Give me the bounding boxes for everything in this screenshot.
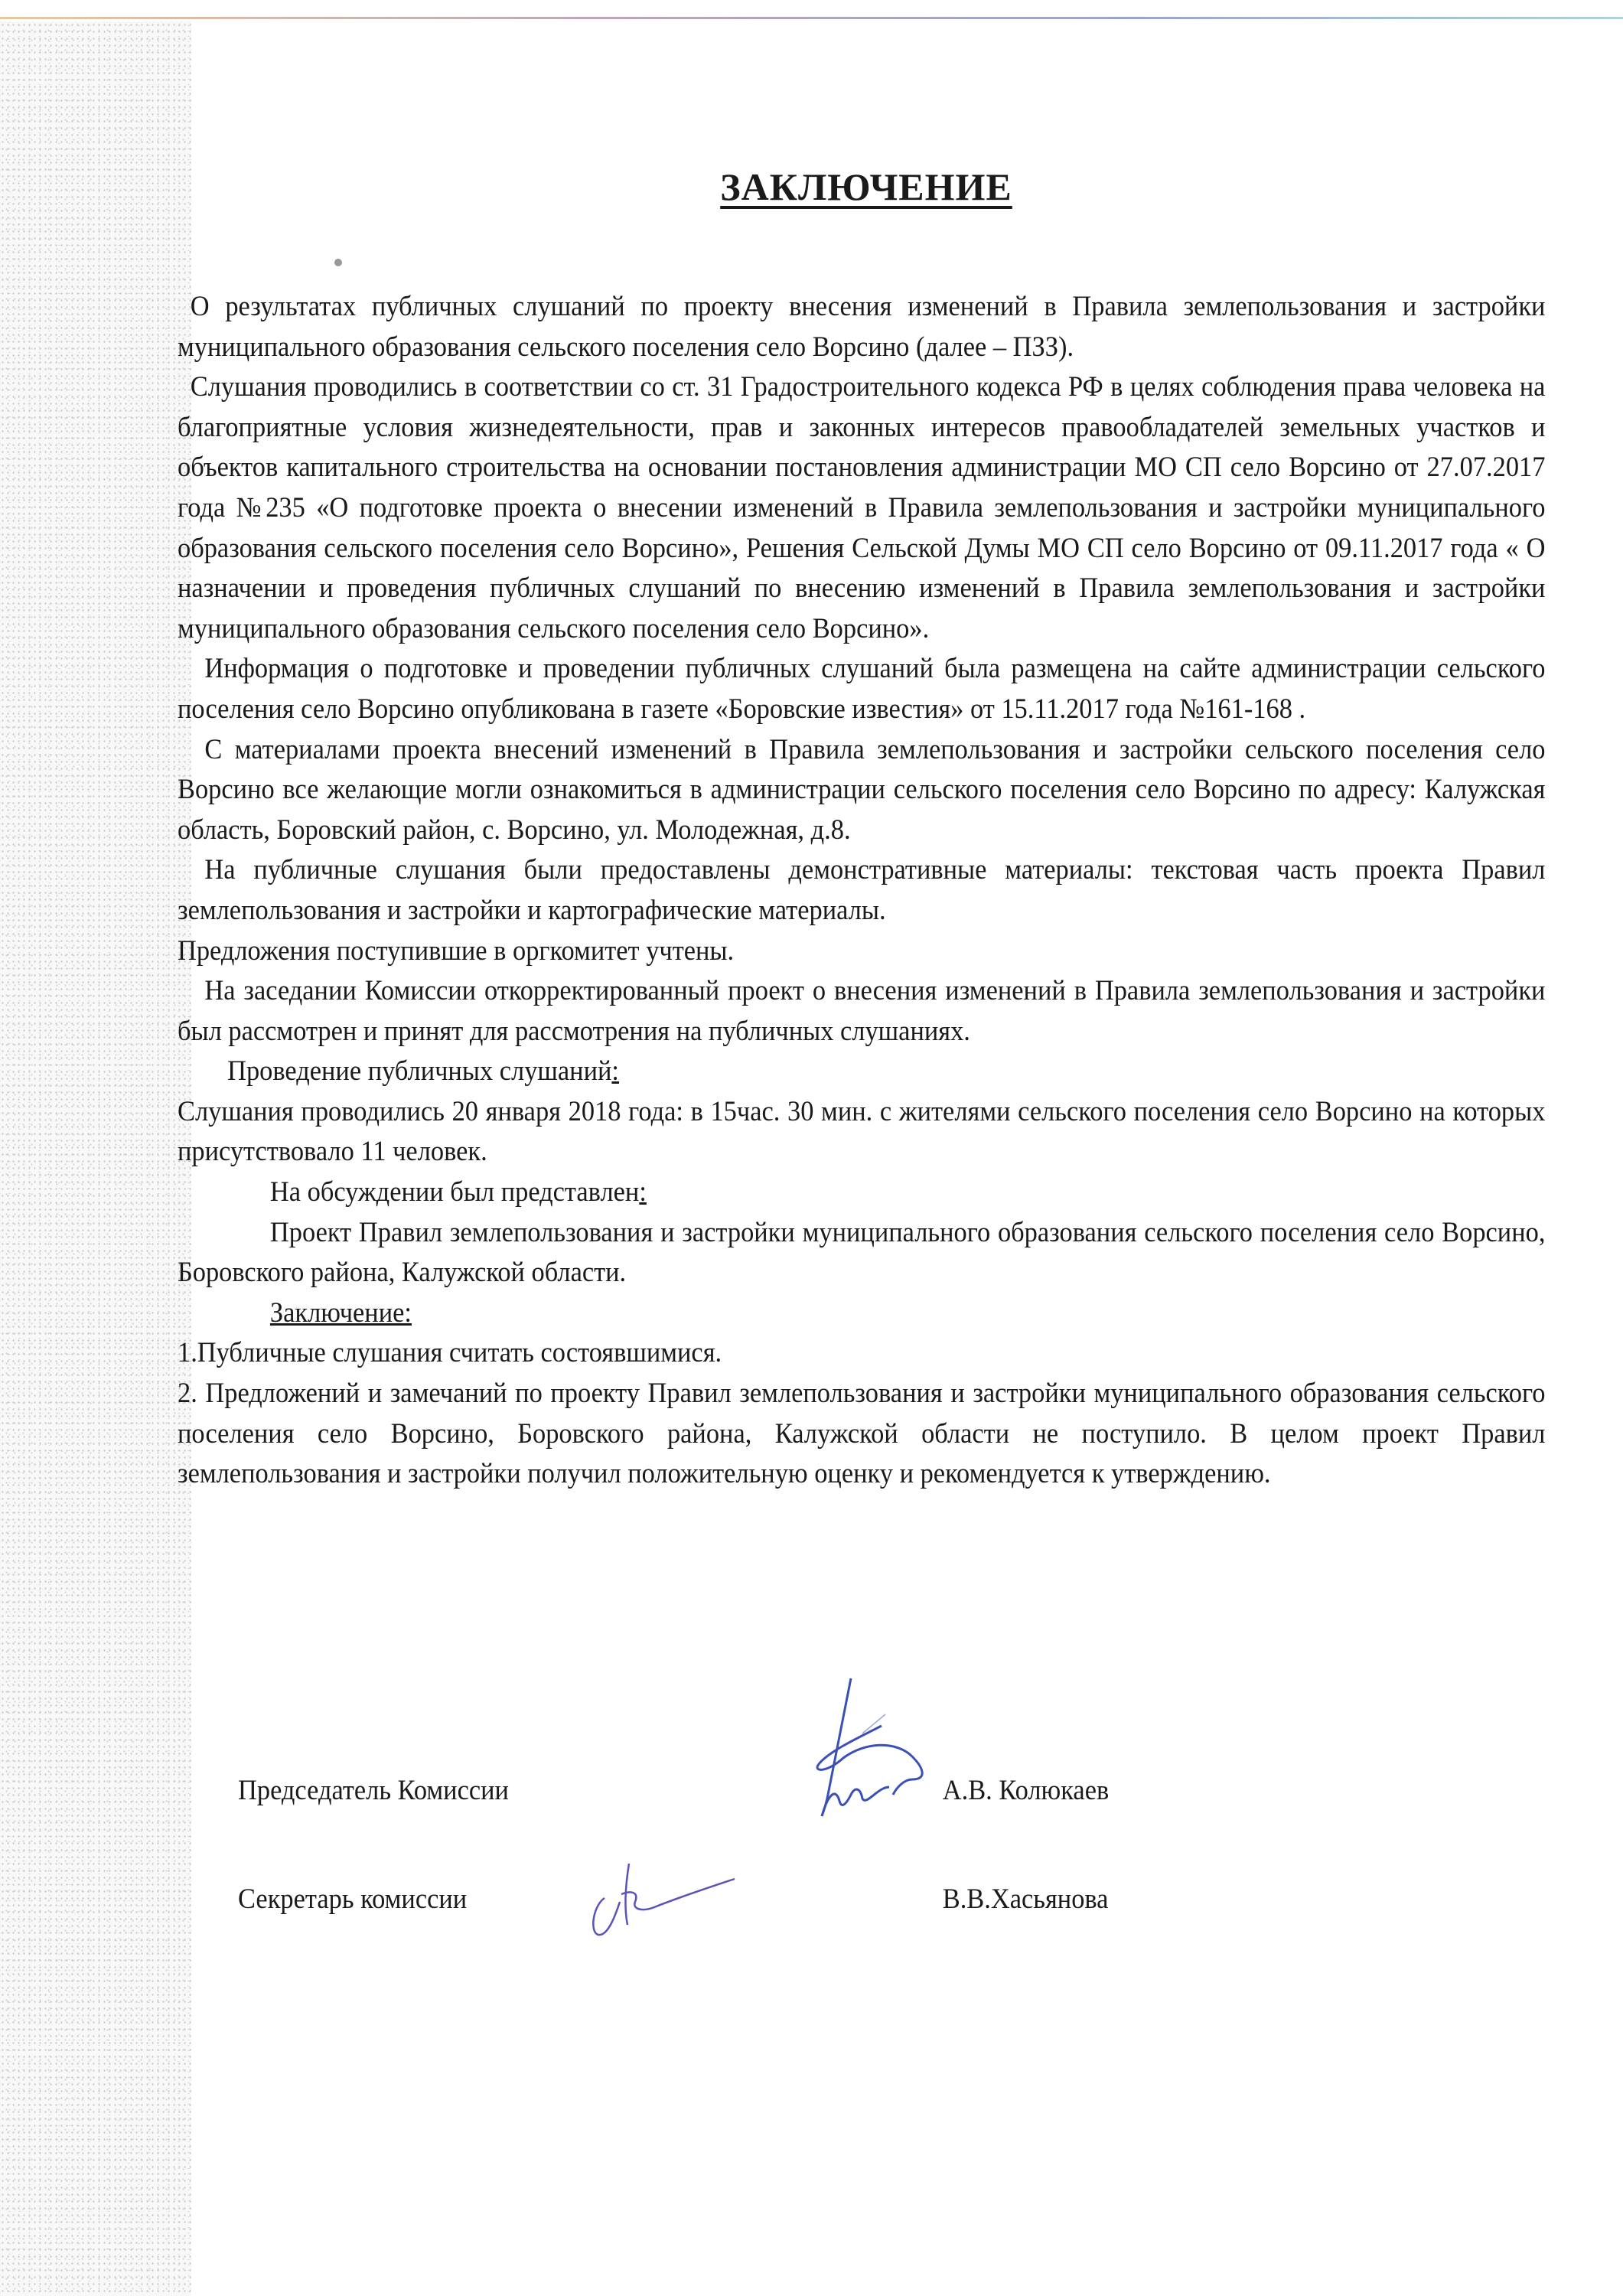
section-discussion-heading: На обсуждении был представлен:	[178, 1172, 1545, 1213]
conclusion-item-2: 2. Предложений и замечаний по проекту Пр…	[178, 1374, 1545, 1495]
scan-noise-margin	[0, 21, 191, 2296]
paragraph-commission: На заседании Комиссии откорректированный…	[178, 971, 1545, 1052]
conclusion-item-1: 1.Публичные слушания считать состоявшими…	[178, 1333, 1545, 1374]
paragraph-materials-access: С материалами проекта внесений изменений…	[178, 730, 1545, 851]
paragraph-proposals: Предложения поступившие в оргкомитет учт…	[178, 931, 1545, 972]
document-title: ЗАКЛЮЧЕНИЕ	[178, 165, 1555, 209]
signature-name-chairman: А.В. Колюкаев	[943, 1774, 1109, 1807]
section-hearing-text: Слушания проводились 20 января 2018 года…	[178, 1092, 1545, 1172]
document-body: О результатах публичных слушаний по прое…	[178, 287, 1545, 1495]
chairman-signature-icon	[736, 1672, 966, 1825]
signature-name-secretary: В.В.Хасьянова	[943, 1883, 1109, 1916]
signature-role-chairman: Председатель Комиссии	[238, 1774, 509, 1807]
paragraph-intro: О результатах публичных слушаний по прое…	[178, 287, 1545, 367]
document-page: ЗАКЛЮЧЕНИЕ О результатах публичных слуша…	[178, 0, 1555, 2296]
section-discussion-text: Проект Правил землепользования и застрой…	[178, 1213, 1545, 1293]
section-conclusion-heading: Заключение:	[178, 1293, 1545, 1334]
paragraph-demo-materials: На публичные слушания были предоставлены…	[178, 850, 1545, 931]
signature-role-secretary: Секретарь комиссии	[238, 1883, 467, 1916]
paragraph-legal-basis: Слушания проводились в соответствии со с…	[178, 367, 1545, 649]
section-hearing-heading: Проведение публичных слушаний:	[178, 1052, 1545, 1092]
secretary-signature-icon	[582, 1860, 750, 1944]
paragraph-publication: Информация о подготовке и проведении пуб…	[178, 649, 1545, 729]
